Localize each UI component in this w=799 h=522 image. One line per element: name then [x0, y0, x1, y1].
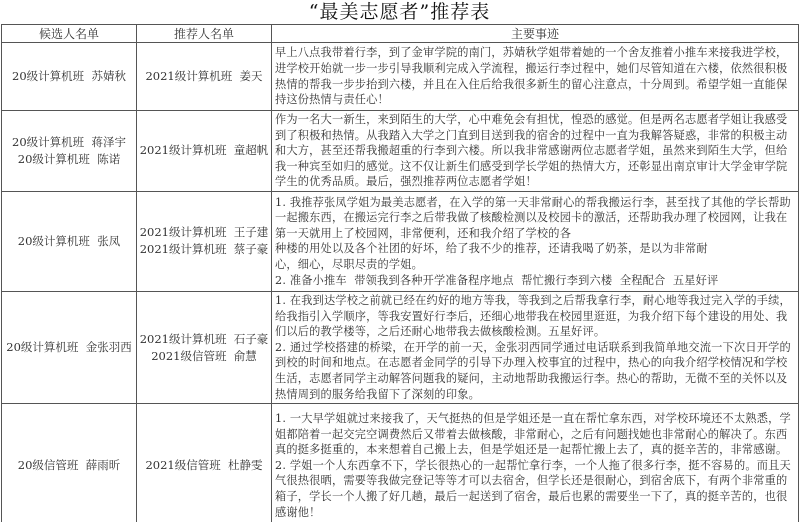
- table-row: 20级计算机班 张凤 2021级计算机班 王子建 2021级计算机班 蔡子豪 1…: [2, 191, 799, 291]
- table-header-row: 候选人名单 推荐人名单 主要事迹: [2, 25, 799, 43]
- recommender-name: 2021级计算机班 姜天: [137, 68, 271, 85]
- recommender-cell: 2021级计算机班 童超帆: [137, 111, 272, 192]
- table-row: 20级计算机班 金张羽西 2021级计算机班 石子豪 2021级信管班 俞慧 1…: [2, 291, 799, 403]
- deed-text: 2. 通过学校搭建的桥梁，在开学的前一天，金张羽西同学通过电话联系到我简单地交流…: [275, 340, 795, 402]
- recommender-name: 2021级计算机班 石子豪: [137, 331, 271, 348]
- deed-text: 2. 学姐一个人东西拿不下，学长很热心的一起帮忙拿行李，一个人拖了很多行李，挺不…: [275, 458, 795, 520]
- candidate-cell: 20级计算机班 张凤: [2, 191, 137, 291]
- deeds-cell: 早上八点我带着行李，到了金审学院的南门，苏婧秋学姐带着她的一个舍友推着小推车来接…: [272, 43, 799, 111]
- recommender-name: 2021级计算机班 王子建: [137, 224, 271, 241]
- recommender-name: 2021级信管班 杜静雯: [137, 457, 271, 474]
- recommender-cell: 2021级计算机班 王子建 2021级计算机班 蔡子豪: [137, 191, 272, 291]
- deed-text: 早上八点我带着行李，到了金审学院的南门，苏婧秋学姐带着她的一个舍友推着小推车来接…: [275, 45, 795, 107]
- page-title: “最美志愿者”推荐表: [0, 0, 799, 24]
- recommender-cell: 2021级信管班 杜静雯: [137, 404, 272, 522]
- deed-text: 1. 在我到达学校之前就已经在约好的地方等我，等我到之后帮我拿行李，耐心地等我过…: [275, 293, 795, 340]
- candidate-name: 20级信管班 薛雨昕: [2, 457, 136, 474]
- deed-text: 2. 准备小推车 带领我到各种开学准备程序地点 帮忙搬行李到六楼 全程配合 五星…: [275, 273, 795, 289]
- deed-text: 1. 一大早学姐就过来接我了，天气挺热的但是学姐还是一直在帮忙拿东西，对学校环境…: [275, 411, 795, 458]
- candidate-name: 20级计算机班 金张羽西: [2, 339, 136, 356]
- table-row: 20级计算机班 苏婧秋 2021级计算机班 姜天 早上八点我带着行李，到了金审学…: [2, 43, 799, 111]
- candidate-cell: 20级计算机班 蒋泽宇 20级计算机班 陈诺: [2, 111, 137, 192]
- deeds-cell: 1. 在我到达学校之前就已经在约好的地方等我，等我到之后帮我拿行李，耐心地等我过…: [272, 291, 799, 403]
- recommender-cell: 2021级计算机班 石子豪 2021级信管班 俞慧: [137, 291, 272, 403]
- header-main-deeds: 主要事迹: [272, 25, 799, 43]
- table-row: 20级计算机班 蒋泽宇 20级计算机班 陈诺 2021级计算机班 童超帆 作为一…: [2, 111, 799, 192]
- deeds-cell: 作为一名大一新生，来到陌生的大学，心中难免会有担忧，惶恐的感觉。但是两名志愿者学…: [272, 111, 799, 192]
- table-row: 20级信管班 薛雨昕 2021级信管班 杜静雯 1. 一大早学姐就过来接我了，天…: [2, 404, 799, 522]
- header-recommenders: 推荐人名单: [137, 25, 272, 43]
- recommender-name: 2021级计算机班 童超帆: [137, 142, 271, 159]
- deed-text: 作为一名大一新生，来到陌生的大学，心中难免会有担忧，惶恐的感觉。但是两名志愿者学…: [275, 112, 795, 190]
- deed-text: 1. 我推荐张凤学姐为最美志愿者，在入学的第一天非常耐心的帮我搬运行李，甚至找了…: [275, 195, 795, 242]
- deed-text: 种楼的用处以及各个社团的好坏，给了我不少的推荐，还请我喝了奶茶，是以为非常耐: [275, 241, 795, 257]
- recommendation-table: 候选人名单 推荐人名单 主要事迹 20级计算机班 苏婧秋 2021级计算机班 姜…: [1, 24, 799, 522]
- header-candidates: 候选人名单: [2, 25, 137, 43]
- deed-text: 心，细心，尽职尽责的学姐。: [275, 257, 795, 273]
- deeds-cell: 1. 一大早学姐就过来接我了，天气挺热的但是学姐还是一直在帮忙拿东西，对学校环境…: [272, 404, 799, 522]
- candidate-name: 20级计算机班 张凤: [2, 233, 136, 250]
- recommender-cell: 2021级计算机班 姜天: [137, 43, 272, 111]
- candidate-cell: 20级计算机班 金张羽西: [2, 291, 137, 403]
- candidate-name: 20级计算机班 苏婧秋: [2, 68, 136, 85]
- candidate-cell: 20级计算机班 苏婧秋: [2, 43, 137, 111]
- candidate-name: 20级计算机班 蒋泽宇: [2, 134, 136, 151]
- recommender-name: 2021级计算机班 蔡子豪: [137, 241, 271, 258]
- deeds-cell: 1. 我推荐张凤学姐为最美志愿者，在入学的第一天非常耐心的帮我搬运行李，甚至找了…: [272, 191, 799, 291]
- candidate-cell: 20级信管班 薛雨昕: [2, 404, 137, 522]
- candidate-name: 20级计算机班 陈诺: [2, 151, 136, 168]
- recommender-name: 2021级信管班 俞慧: [137, 348, 271, 365]
